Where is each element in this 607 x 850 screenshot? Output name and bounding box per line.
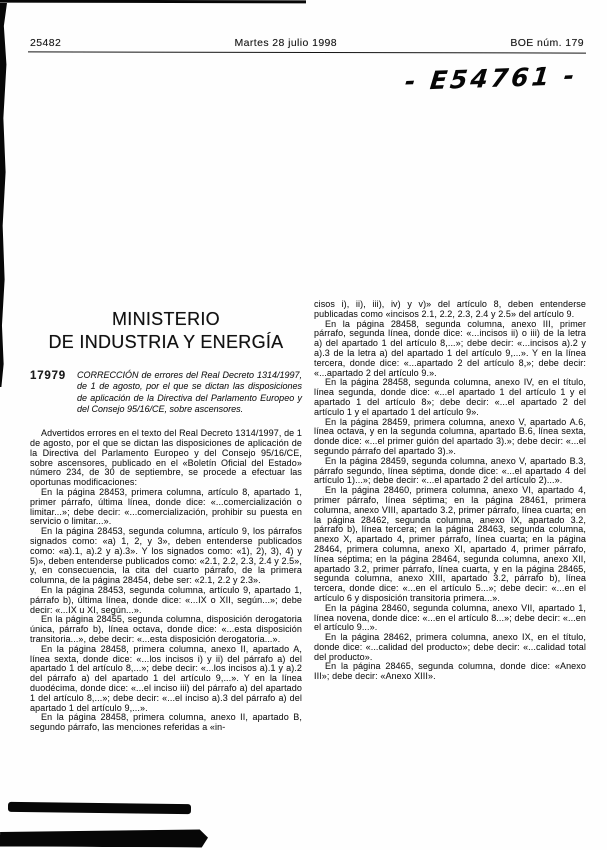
header-date: Martes 28 julio 1998 [234,37,337,49]
body-paragraph: En la página 28455, segunda columna, dis… [30,615,302,644]
scan-artifact-bottom-bar [8,802,191,814]
ministry-title: MINISTERIO DE INDUSTRIA Y ENERGÍA [30,308,302,354]
header-page-number: 25482 [30,37,61,49]
body-paragraph: En la página 28458, segunda columna, ane… [314,320,586,379]
scan-artifact-left-streak [0,3,7,387]
article-summary: CORRECCIÓN de errores del Real Decreto 1… [77,370,302,415]
article-number: 17979 [30,370,77,415]
body-paragraph: En la página 28459, primera columna, ane… [314,418,586,457]
handwritten-annotation: - E54761 - [403,61,578,96]
header-rule [28,51,586,53]
body-paragraph: En la página 28465, segunda columna, don… [314,662,586,682]
page-header: 25482 Martes 28 julio 1998 BOE núm. 179 [30,37,584,49]
ministry-title-line1: MINISTERIO [30,308,302,331]
scan-artifact-bottom-bar [0,828,208,847]
body-paragraph: En la página 28453, segunda columna, art… [30,527,302,586]
body-paragraph: En la página 28458, primera columna, ane… [30,645,302,714]
body-paragraph: Advertidos errores en el texto del Real … [30,429,302,488]
ministry-title-line2: DE INDUSTRIA Y ENERGÍA [30,331,302,354]
body-paragraph: En la página 28460, primera columna, ane… [314,486,586,604]
article-heading: 17979 CORRECCIÓN de errores del Real Dec… [30,370,302,415]
body-paragraph: En la página 28453, segunda columna, art… [30,586,302,615]
body-paragraph: En la página 28460, segunda columna, ane… [314,604,586,633]
right-column: cisos i), ii), iii), iv) y v)» del artíc… [314,300,586,733]
text-columns: MINISTERIO DE INDUSTRIA Y ENERGÍA 17979 … [30,300,586,733]
body-paragraph: cisos i), ii), iii), iv) y v)» del artíc… [314,300,586,320]
body-paragraph: En la página 28458, primera columna, ane… [30,713,302,733]
scan-artifact-top-line [0,0,306,3]
body-paragraph: En la página 28459, segunda columna, ane… [314,457,586,486]
body-paragraph: En la página 28458, segunda columna, ane… [314,378,586,417]
header-issue: BOE núm. 179 [510,37,584,49]
body-paragraph: En la página 28453, primera columna, art… [30,488,302,527]
body-paragraph: En la página 28462, primera columna, ane… [314,633,586,662]
left-column: MINISTERIO DE INDUSTRIA Y ENERGÍA 17979 … [30,300,302,733]
boe-scanned-page: 25482 Martes 28 julio 1998 BOE núm. 179 … [0,0,607,850]
